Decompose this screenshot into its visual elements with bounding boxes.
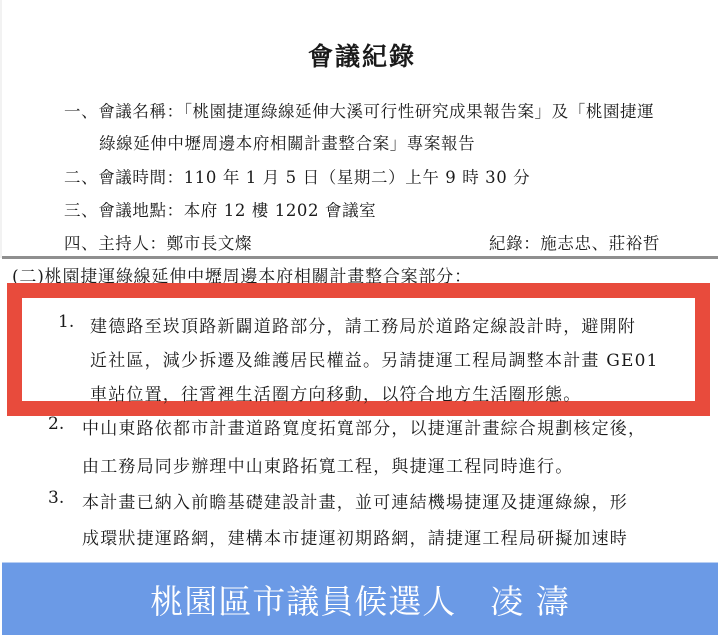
meeting-time: 二、會議時間：110 年 1 月 5 日（星期二）上午 9 時 30 分 — [64, 164, 530, 188]
meeting-host: 四、主持人：鄭市長文燦 — [64, 230, 252, 254]
meeting-header-card: 會議紀錄 一、會議名稱：「桃園捷運綠線延伸大溪可行性研究成果報告案」及「桃園捷運… — [0, 0, 720, 258]
meeting-name-line-2: 綠線延伸中壢周邊本府相關計畫整合案」專案報告 — [99, 130, 475, 154]
document-title: 會議紀錄 — [2, 37, 720, 73]
candidate-banner: 桃園區市議員候選人 凌 濤 — [2, 562, 718, 635]
item-number: 2. — [48, 414, 64, 434]
highlighted-item-box: 1. 建德路至崁頂路新闢道路部分，請工務局於道路定線設計時，避開附 近社區，減少… — [7, 283, 710, 416]
item-line: 中山東路依都市計畫道路寬度拓寬部分，以捷運計畫綜合規劃核定後， — [82, 414, 646, 439]
banner-text: 桃園區市議員候選人 凌 濤 — [150, 576, 570, 623]
item-line: 本計畫已納入前瞻基礎建設計畫，並可連結機場捷運及捷運綠線，形 — [82, 488, 628, 513]
item-line: 建德路至崁頂路新闢道路部分，請工務局於道路定線設計時，避開附 — [90, 312, 636, 337]
section-divider — [2, 256, 718, 259]
item-line: 近社區，減少拆遷及維護居民權益。另請捷運工程局調整本計畫 GE01 — [90, 346, 659, 371]
item-line: 車站位置，往霄裡生活圈方向移動，以符合地方生活圈形態。 — [90, 380, 581, 405]
item-number: 3. — [48, 488, 64, 508]
meeting-recorder: 紀錄：施志忠、莊裕哲 — [489, 230, 660, 254]
item-line: 由工務局同步辦理中山東路拓寬工程，與捷運工程同時進行。 — [82, 452, 573, 477]
item-line: 成環狀捷運路網，建構本市捷運初期路網，請捷運工程局研擬加速時 — [82, 524, 628, 549]
meeting-name-line-1: 一、會議名稱：「桃園捷運綠線延伸大溪可行性研究成果報告案」及「桃園捷運 — [64, 98, 654, 122]
item-number: 1. — [58, 312, 74, 332]
meeting-place: 三、會議地點：本府 12 樓 1202 會議室 — [64, 197, 376, 221]
